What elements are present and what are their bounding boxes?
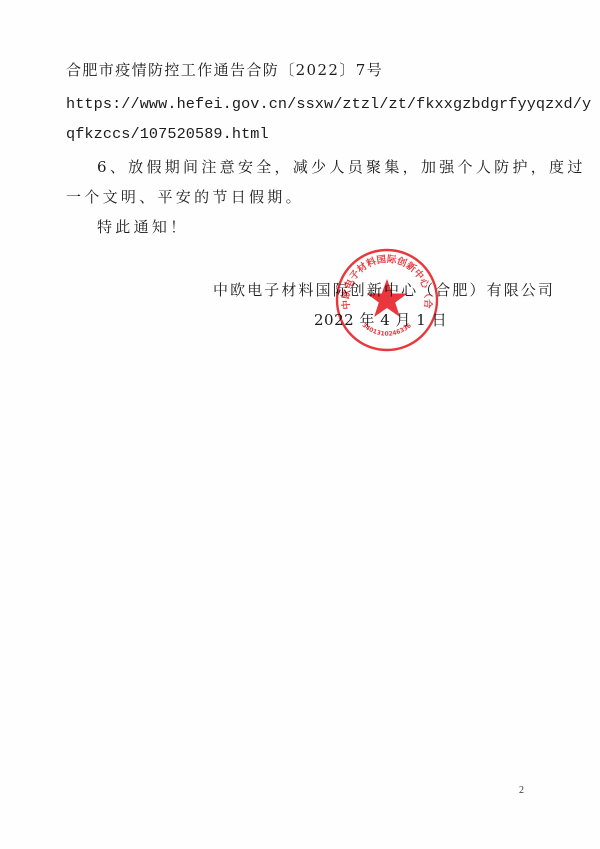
signature-date: 2022 年 4 月 1 日 bbox=[314, 311, 447, 329]
item-6-text-line-2: 一个文明、平安的节日假期。 bbox=[66, 188, 304, 206]
closing-text: 特此通知！ bbox=[97, 218, 189, 236]
signature-company-name: 中欧电子材料国际创新中心（合肥）有限公司 bbox=[213, 281, 555, 299]
reference-url-line-1[interactable]: https://www.hefei.gov.cn/ssxw/ztzl/zt/fk… bbox=[66, 95, 591, 113]
page-number: 2 bbox=[519, 785, 524, 796]
seal-arc-text: 中欧电子材料国际创新中心（合肥）有限公司 bbox=[334, 247, 434, 310]
reference-url-line-2[interactable]: qfkzccs/107520589.html bbox=[66, 125, 269, 143]
company-seal: 中欧电子材料国际创新中心（合肥）有限公司 3401310246336 bbox=[334, 247, 440, 353]
item-6-text-line-1: 6、放假期间注意安全，减少人员聚集，加强个人防护，度过 bbox=[97, 158, 586, 176]
reference-notice-title: 合肥市疫情防控工作通告合防〔2022〕7号 bbox=[66, 61, 383, 79]
document-page: 合肥市疫情防控工作通告合防〔2022〕7号 https://www.hefei.… bbox=[0, 0, 600, 849]
